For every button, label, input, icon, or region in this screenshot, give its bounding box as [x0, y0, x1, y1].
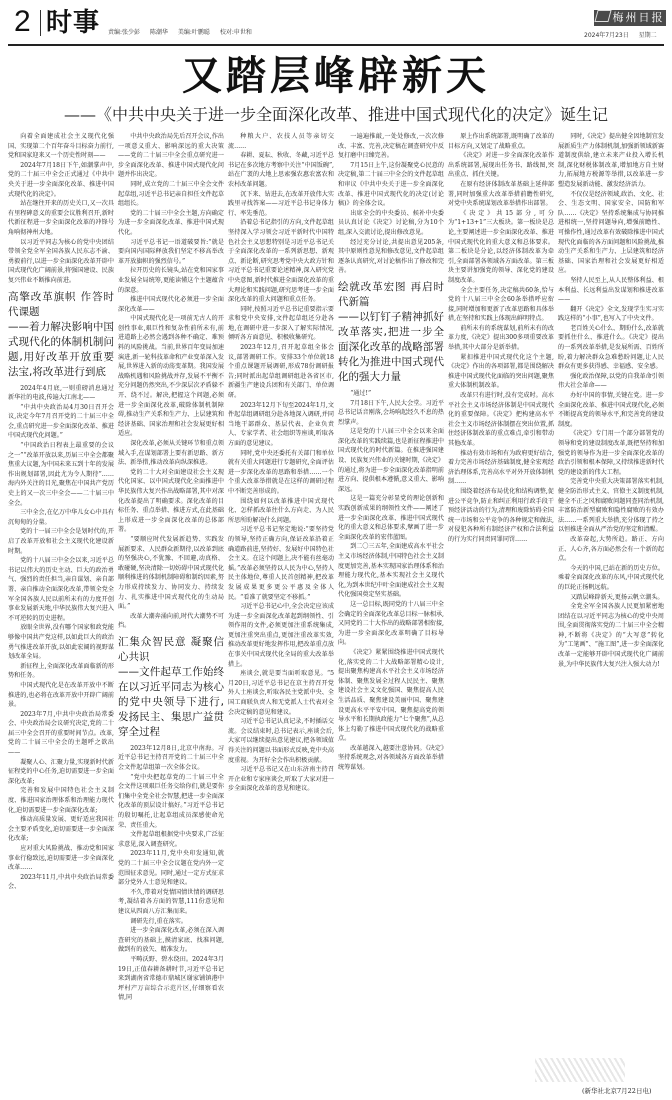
paragraph: 出席全会的中央委员、候补中央委员认真讨论《决定》讨论稿,分为10个组,深入交流讨… — [338, 209, 444, 238]
paragraph: 坚持人民至上,从人民整体利益、根本利益、长远利益出发谋划和推进改革—— — [558, 276, 664, 305]
paragraph: 一遍遍推敲,一处处修改,一次次修改、丰富、完善,决定稿在调查研究中反复打磨中日臻… — [338, 132, 444, 161]
paragraph: 同时,党中央还委托有关部门和单位就有关重大问题进行专题研究,全面评估进一步深化改… — [228, 449, 334, 497]
paragraph: 2024年4月底,一则重磅消息通过新华社的电波,传遍大江南北—— — [8, 384, 114, 403]
paragraph: 党的二十届三中全会主题,方向确定为进一步全面深化改革、推进中国式现代化。 — [118, 209, 224, 238]
paragraph: 平畴沃野、碧水绕田。2024年3月19日,正值春耕备耕时节,习近平总书记来到湖南… — [118, 955, 224, 1003]
article-body: 向着全面建成社会主义现代化强国、实现第二个百年奋斗目标奋力前行,党和国家迎来又一… — [6, 132, 666, 1092]
article-credit: (新华社北京7月22日电) — [582, 1086, 651, 1095]
paragraph: 2023年12月8日,北京中南海。习近平总书记主持召开党的二十届三中全会文件起草… — [118, 744, 224, 773]
section-heading-title: 高擎改革旗帜 作答时代课题 — [8, 291, 114, 318]
paragraph: 文件起草组根据党中央要求,广泛征求意见,深入调查研究。 — [118, 830, 224, 849]
issue-date: 2024年7月23日 — [584, 32, 629, 39]
page-number: 2 — [14, 6, 31, 38]
article-column: 种粮大户、农技人员等亲切交流……春耕、夏耘、秋收、冬藏,习近平总书记在多次地方考… — [226, 132, 336, 1092]
paragraph: 应对重大风险挑战、推动党和国家事业行稳致远,迫切需要进一步全面深化改革…… — [8, 844, 114, 873]
paragraph: 2023年12月下旬至2024年1月,文件起草组调研组分赴各地深入调研,并同当地… — [228, 401, 334, 449]
paragraph: 进一步全面深化改革,必须在深入调查研究的基础上,摸清家底、找准问题,做到有的放矢… — [118, 926, 224, 955]
paragraph: 向着全面建成社会主义现代化强国、实现第二个百年奋斗目标奋力前行,党和国家迎来又一… — [8, 132, 114, 161]
paragraph: 不仅仅是经济领域,政治、文化、社会、生态文明、国家安全、国防和军队……《决定》坚… — [558, 190, 664, 276]
paragraph: 座谈会,就是要当面听取意见。“5月20日,习近平总书记在京主持召开党外人士座谈会… — [228, 669, 334, 717]
paragraph: 围绕着经济布局优化和结构调整,促进公平竞争,防止和纠正利用行政手段干预经济活动的… — [448, 487, 554, 545]
paragraph: 习近平总书记认真记录,不时插话交流。会议结束时,总书记表示,座谈会后,大家可以继… — [228, 717, 334, 765]
paragraph: 以习近平同志为核心的党中央团结带领全党全军全国各族人民东志不渝、勇毅前行,以进一… — [8, 238, 114, 286]
paragraph: 习近平总书记坚定地说:“要坚持党的领导,坚持正确方向,保证改革沿着正确道路前进,… — [228, 525, 334, 602]
paragraph: “中国政治日程表上最重要的会议之一”“改革开放以来,历届三中全会都聚焦重大议题,… — [8, 441, 114, 508]
watermark — [535, 1058, 625, 1082]
paragraph: 2023年11月,党中央印发通知,就党的二十届三中全会议题在党内外一定范围征求意… — [118, 849, 224, 887]
paragraph: 三中全会,在亿万中华儿女心中具有沉甸甸的分量。 — [8, 508, 114, 527]
paragraph: 这是一篇充分彰显党的理论创新和实践创新成果的纲领性文件——阐述了进一步全面深化改… — [338, 494, 444, 542]
paragraph: 中国式现代化是一项前无古人的开创性事业,艰巨性和复杂性前所未有,前进道路上必然会… — [118, 314, 224, 439]
paragraph: 调研先行,重在落实。 — [118, 917, 224, 927]
section-heading: 汇集众智民意 凝聚信心共识——文件起草工作始终在以习近平同志为核心的党中央领导下… — [118, 635, 224, 740]
paragraph: 原上作出系统部署,既明确了改革的目标方向,又划定了战略重点。 — [448, 132, 554, 151]
section-heading: 高擎改革旗帜 作答时代课题——着力解决影响中国式现代化的体制机制问题,用好改革开… — [8, 290, 114, 380]
paragraph: 不久,带着对党情国情世情的调研思考,凝结着各方面的智慧,111份意见和建议从四面… — [118, 888, 224, 917]
paragraph: 改革越深入,越要注意协同。《决定》坚持系统观念,对各领域各方面改革举措统筹谋划。 — [338, 744, 444, 773]
article-column: 向着全面建成社会主义现代化强国、实现第二个百年奋斗目标奋力前行,党和国家迎来又一… — [6, 132, 116, 1092]
paragraph: 强化政治保障,以党的自我革命引领伟大社会革命—— — [558, 372, 664, 391]
paragraph: 习近平总书记心中,全会决定应该成为进一步全面深化改革起到纲领性、引领作用的文件,… — [228, 602, 334, 669]
paragraph: 7月18日下午,人民大会堂。习近平总书记话音刚落,会场响起经久不息的热烈掌声。 — [338, 399, 444, 428]
paragraph: 紧扣推进中国式现代化这个主题,《决定》作出的各项部署,都是围绕解决推进中国式现代… — [448, 353, 554, 391]
paragraph: 拉开历史的长镜头,站在党和国家事业发展全局统筹,更能读懂这个主题蕴含的深意。 — [118, 266, 224, 295]
article-column: 同时,《决定》提出健全因地制宜发展新质生产力体制机制,加强新领域新赛道制度供给,… — [556, 132, 666, 1092]
paragraph: 改革大潮奔涌向前,时代大潮势不可挡。 — [118, 612, 224, 631]
newspaper-logo: 梅州日报 — [594, 10, 666, 26]
section-heading-subtitle: ——文件起草工作始终在以习近平同志为核心的党中央领导下进行,发扬民主、集思广益贯… — [118, 665, 224, 740]
paragraph: 同时,成立党的二十届三中全会文件起草组,习近平总书记亲自担任文件起草组组长。 — [118, 180, 224, 209]
logo-icon — [594, 10, 611, 22]
issue-weekday: 星期二 — [639, 32, 657, 39]
paragraph: 2024年7月18日下午,如潮掌声中,党的二十届三中全会正式通过《中共中央关于进… — [8, 161, 114, 199]
editor-credit: 美编:叶鹏聪 — [178, 29, 210, 36]
paragraph: 党的十八届三中全会以来,习近平总书记以伟大的历史主动、巨大的政治勇气、强烈的责任… — [8, 556, 114, 623]
article-headline: 又踏层峰辟新天 — [0, 52, 672, 100]
paragraph: 推动高质量发展、更好适应我国社会主要矛盾变化,迫切需要进一步全面深化改革; — [8, 815, 114, 844]
article-column: 中共中央政治局先后召开会议,作出一项意义重大、影响深远的重大决策——党的二十届三… — [116, 132, 226, 1092]
editor-credits: 责编:张少彭 陈潮华 美编:叶鹏聪 校对:申世和 — [108, 27, 260, 36]
section-heading-subtitle: ——着力解决影响中国式现代化的体制机制问题,用好改革开放重要法宝,将改革进行到底 — [8, 320, 114, 380]
page-header: 2 时事 责编:张少彭 陈潮华 美编:叶鹏聪 校对:申世和 梅州日报 2024年… — [0, 0, 672, 44]
paragraph: 春耕、夏耘、秋收、冬藏,习近平总书记在多次地方考察中关注“中国饭碗”,站在广袤的… — [228, 151, 334, 189]
section-title: 时事 — [46, 8, 100, 38]
header-divider — [40, 10, 41, 36]
paragraph: 中共中央政治局先后召开会议,作出一项意义重大、影响深远的重大决策——党的二十届三… — [118, 132, 224, 180]
paragraph: 《决定》共15部分,可分为“1+13+1”三大板块。第一板块是总论,主要阐述进一… — [448, 209, 554, 286]
paragraph: 改革只有进行时,没有完成时。高水平社会主义市场经济体制是中国式现代化的重要保障。… — [448, 391, 554, 449]
article-subtitle: ——《中共中央关于进一步全面深化改革、推进中国式现代化的决定》诞生记 — [0, 104, 672, 126]
paragraph: 又踏层峰辟新天,更扬云帆立潮头。 — [558, 593, 664, 603]
editor-credit: 责编:张少彭 — [108, 29, 140, 36]
section-heading-subtitle: ——以钉钉子精神抓好改革落实,把进一步全面深化改革的战略部署转化为推进中国式现代… — [338, 310, 444, 385]
paragraph: 7月15日上午,这份凝聚党心民意的决定稿,第二十届三中全会的文件起草组和审议《中… — [338, 161, 444, 209]
header-rule — [8, 44, 664, 46]
paragraph: “中共中央政治局4月30日召开会议,决定今年7月召开党的二十届三中全会,重点研究… — [8, 403, 114, 441]
paragraph: 深化改革,必须从关键环节和重点领域入手,在谋划部署上要有新思路、新方法、新举措,… — [118, 439, 224, 468]
paragraph: 今天的中国,已站在新的历史方位。乘着全面深化改革的东风,中国式现代化的巨轮正扬帆… — [558, 564, 664, 593]
paragraph: 沿着总书记指引的方向,文件起草组坚持深入学习领会习近平新时代中国特色社会主义思想… — [228, 218, 334, 304]
paragraph: 2023年11月,中共中央政治局常委会、 — [8, 873, 114, 892]
editor-credit: 校对:申世和 — [220, 29, 252, 36]
paragraph: 全会主要任务,决定稿共60条,恰与党的十八届三中全会60条举措呼应衔接,同时增加… — [448, 286, 554, 324]
editor-credit: 陈潮华 — [150, 29, 168, 36]
paragraph: 推进中国式现代化必须进一步全面深化改革—— — [118, 295, 224, 314]
section-heading-title: 汇集众智民意 凝聚信心共识 — [118, 636, 224, 663]
paragraph: 到二〇三五年,全面建成高水平社会主义市场经济体制,中国特色社会主义制度更加完善,… — [338, 542, 444, 600]
paragraph: “党中央把起草党的二十届三中全会文件这项艰巨任务交给你们,就是要你们集中全党全社… — [118, 773, 224, 831]
paragraph: 习近平总书记又在山东济南主持召开企业和专家座谈会,听取了大家对进一步全面深化改革… — [228, 765, 334, 794]
paragraph: 翻开《决定》全文,发现学生实习实践这样的“小事”,也写入了中央文件。 — [558, 305, 664, 324]
paragraph: 同时,《决定》提出健全因地制宜发展新质生产力体制机制,加强新领域新赛道制度供给,… — [558, 132, 664, 190]
paragraph: 在原有经济体制改革基础上延伸部署,同时加强重大改革举措前瞻性研究,对党中央系统谋… — [448, 180, 554, 209]
paragraph: 中国式现代化是在改革开放中不断推进的,也必将在改革开放中开辟广阔前景。 — [8, 681, 114, 710]
paragraph: 沉下来、钻进去,在改革开放伟大实践里寻找答案——习近平总书记身体力行、率先垂范。 — [228, 190, 334, 219]
paragraph: 2023年7月,中共中央政治局常委会、中央政治局会议研究决定,党的二十届三中全会… — [8, 710, 114, 758]
paragraph: 党的十一届三中全会是划时代的,开启了改革开放和社会主义现代化建设新时期。 — [8, 527, 114, 556]
paragraph: 同时,按照习近平总书记重要指示要求和党中央安排,文件起草组还分赴各地,在调研中进… — [228, 305, 334, 343]
paragraph: 全党全军全国各族人民更加紧密地团结在以习近平同志为核心的党中央周围,全面贯彻落实… — [558, 602, 664, 669]
paragraph: 党的二十大对全面建设社会主义现代化国家、以中国式现代化全面推进中华民族伟大复兴作… — [118, 468, 224, 535]
paragraph: 这是党的十八届三中全会以来全面深化改革的实践续篇,也是新征程推进中国式现代化的时… — [338, 427, 444, 494]
dateline: 2024年7月23日 星期二 — [584, 30, 657, 39]
paragraph: 放眼全世界,没有哪个国家和政党能够像中国共产党这样,以如此巨大的政治勇气推进改革… — [8, 623, 114, 661]
article-column: 原上作出系统部署,既明确了改革的目标方向,又划定了战略重点。《决定》对进一步全面… — [446, 132, 556, 1092]
paragraph: 新征程上,全面深化改革面临新的形势和任务。 — [8, 662, 114, 681]
paragraph: 完善党中央重大决策部署落实机制,健全防治形式主义、官僚主义制度机制,健全不正之风… — [558, 477, 664, 535]
paragraph: “要顺应时代发展新趋势、实践发展新要求、人民群众新期待,以改革到底的坚强决心,不… — [118, 535, 224, 612]
paragraph: 围绕如何以改革推进中国式现代化、怎样抓改革往什么方向走、为人民所思所盼解决什么问… — [228, 497, 334, 526]
section-heading: 绘就改革宏图 再启时代新篇——以钉钉子精神抓好改革落实,把进一步全面深化改革的战… — [338, 280, 444, 385]
paragraph: 完善和发展中国特色社会主义制度、推进国家治理体系和治理能力现代化,迫切需要进一步… — [8, 786, 114, 815]
paragraph: 办好中国的事情,关键在党。进一步全面深化改革、推进中国式现代化,必须不断提高党的… — [558, 391, 664, 429]
paragraph: 《决定》专门用一个部分部署党的领导和党的建设制度改革,既把坚持和加强党的领导作为… — [558, 429, 664, 477]
paragraph: 种粮大户、农技人员等亲切交流…… — [228, 132, 334, 151]
paragraph: 凝聚人心、汇聚力量,实现新时代新征程党的中心任务,迫切需要进一步全面深化改革; — [8, 758, 114, 787]
paragraph: 改革奋起,大势所趋。路正、方向正、人心齐,各方面必然会有一个新的起点。 — [558, 535, 664, 564]
paragraph: 《决定》对进一步全面深化改革作出系统部署,展现出任务书、路线图,突出重点、抓住关… — [448, 151, 554, 180]
paragraph: 站在继往开来的历史关口,又一次具有里程碑意义的重要会议胜利召开,新时代新征程进一… — [8, 199, 114, 237]
paragraph: 经过充分讨论,共提出意见205条,其中原则性意见和修改意见,文件起草组逐条认真研… — [338, 238, 444, 276]
newspaper-name: 梅州日报 — [613, 11, 665, 24]
paragraph: 这一总目标,既同党的十八届三中全会确定的全面深化改革总目标一脉相承,又同党的二十… — [338, 600, 444, 648]
paragraph: “通过!” — [338, 389, 444, 399]
article-column: 一遍遍推敲,一处处修改,一次次修改、丰富、完善,决定稿在调查研究中反复打磨中日臻… — [336, 132, 446, 1092]
paragraph: 老百姓关心什么、期盼什么,改革就要抓住什么、推进什么。《决定》提出的一系列改革举… — [558, 324, 664, 372]
section-heading-title: 绘就改革宏图 再启时代新篇 — [338, 281, 444, 308]
paragraph: 习近平总书记一语道破要旨:“就是要向国内国际释放我们坚定不移高举改革开放旗帜的强… — [118, 238, 224, 267]
paragraph: 《决定》紧紧围绕推进中国式现代化,落实党的二十大战略部署精心设计,提出聚焦构建高… — [338, 648, 444, 744]
paragraph: 2023年12月,召开起草组全体会议,部署调研工作。安排33个单位就18个重点课… — [228, 343, 334, 401]
paragraph: 推动有效市场和有为政府更好结合,着力完善市场经济基础制度,健全宏观经济治理体系,… — [448, 449, 554, 487]
paragraph: 前所未有的系统谋划,前所未有的改革力度,《决定》提出300多项重要改革举措,其中… — [448, 324, 554, 353]
